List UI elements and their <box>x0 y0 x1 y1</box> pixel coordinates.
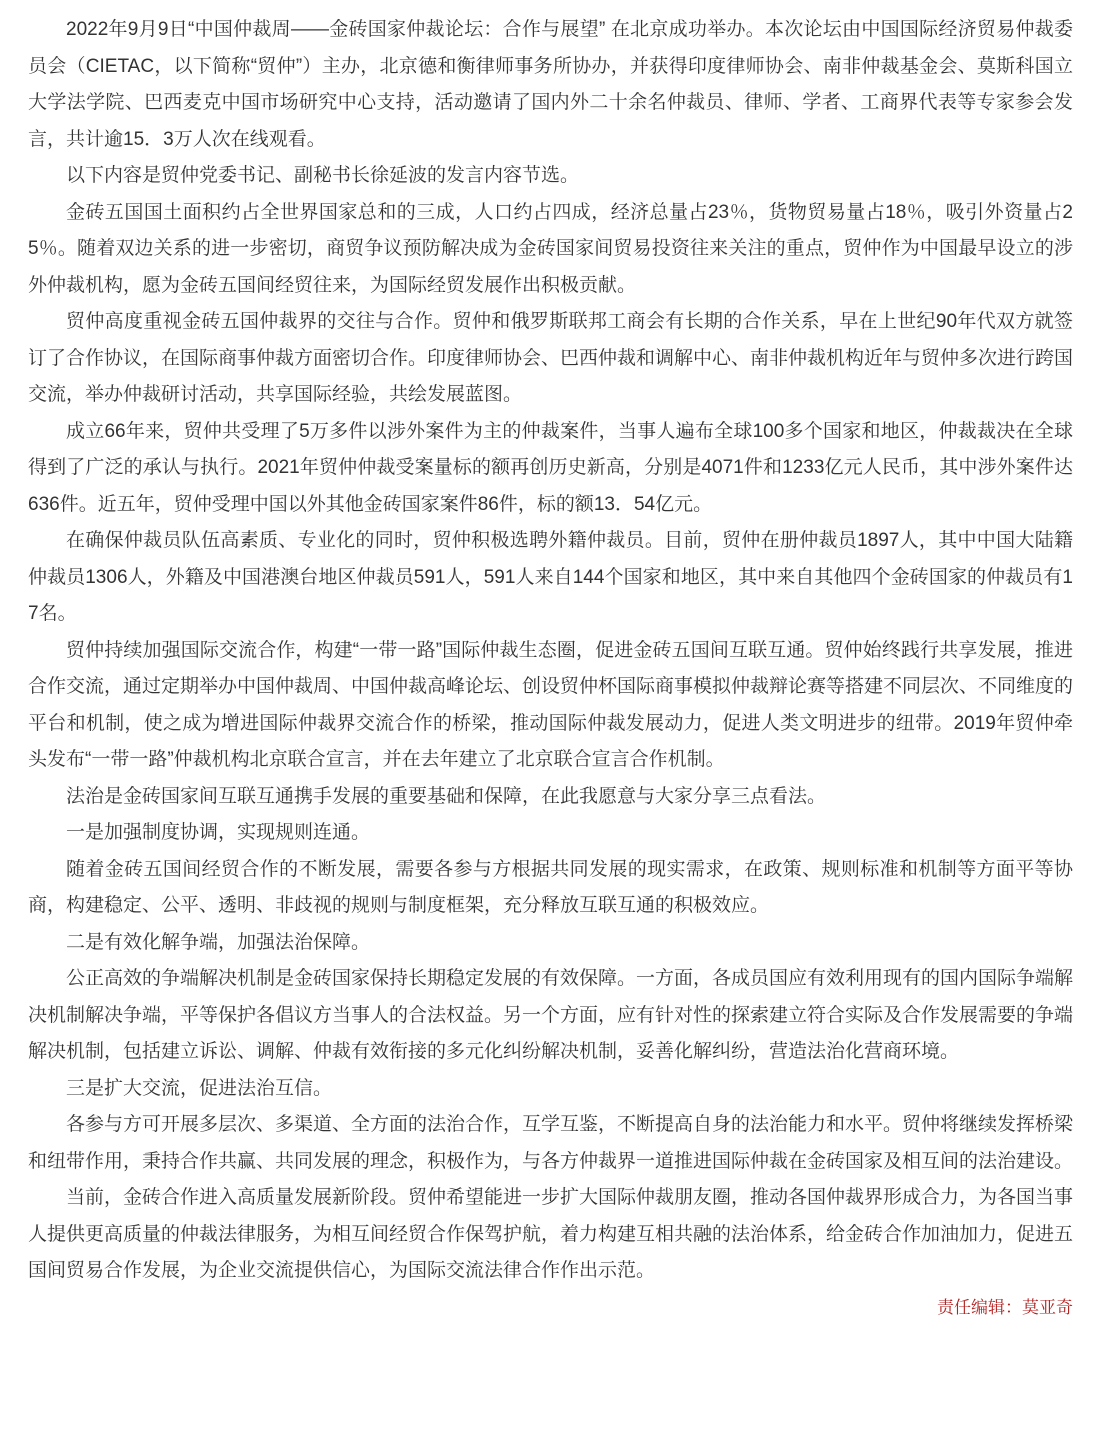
article-paragraph: 一是加强制度协调，实现规则连通。 <box>28 815 1073 852</box>
article-paragraph: 公正高效的争端解决机制是金砖国家保持长期稳定发展的有效保障。一方面，各成员国应有… <box>28 961 1073 1071</box>
article-paragraph: 二是有效化解争端，加强法治保障。 <box>28 925 1073 962</box>
editor-byline: 责任编辑：莫亚奇 <box>28 1290 1073 1327</box>
article-body: 2022年9月9日“中国仲裁周——金砖国家仲裁论坛：合作与展望” 在北京成功举办… <box>0 0 1101 1326</box>
article-paragraph: 各参与方可开展多层次、多渠道、全方面的法治合作，互学互鉴，不断提高自身的法治能力… <box>28 1107 1073 1180</box>
article-paragraph: 随着金砖五国间经贸合作的不断发展，需要各参与方根据共同发展的现实需求，在政策、规… <box>28 852 1073 925</box>
article-paragraph: 金砖五国国土面积约占全世界国家总和的三成，人口约占四成，经济总量占23％，货物贸… <box>28 195 1073 305</box>
article-paragraph: 三是扩大交流，促进法治互信。 <box>28 1071 1073 1108</box>
article-paragraph: 当前，金砖合作进入高质量发展新阶段。贸仲希望能进一步扩大国际仲裁朋友圈，推动各国… <box>28 1180 1073 1290</box>
article-paragraph: 以下内容是贸仲党委书记、副秘书长徐延波的发言内容节选。 <box>28 158 1073 195</box>
article-paragraph: 成立66年来，贸仲共受理了5万多件以涉外案件为主的仲裁案件，当事人遍布全球100… <box>28 414 1073 524</box>
article-paragraph: 2022年9月9日“中国仲裁周——金砖国家仲裁论坛：合作与展望” 在北京成功举办… <box>28 12 1073 158</box>
article-paragraph: 法治是金砖国家间互联互通携手发展的重要基础和保障，在此我愿意与大家分享三点看法。 <box>28 779 1073 816</box>
article-paragraph: 在确保仲裁员队伍高素质、专业化的同时，贸仲积极选聘外籍仲裁员。目前，贸仲在册仲裁… <box>28 523 1073 633</box>
article-paragraph: 贸仲高度重视金砖五国仲裁界的交往与合作。贸仲和俄罗斯联邦工商会有长期的合作关系，… <box>28 304 1073 414</box>
article-paragraph: 贸仲持续加强国际交流合作，构建“一带一路”国际仲裁生态圈，促进金砖五国间互联互通… <box>28 633 1073 779</box>
